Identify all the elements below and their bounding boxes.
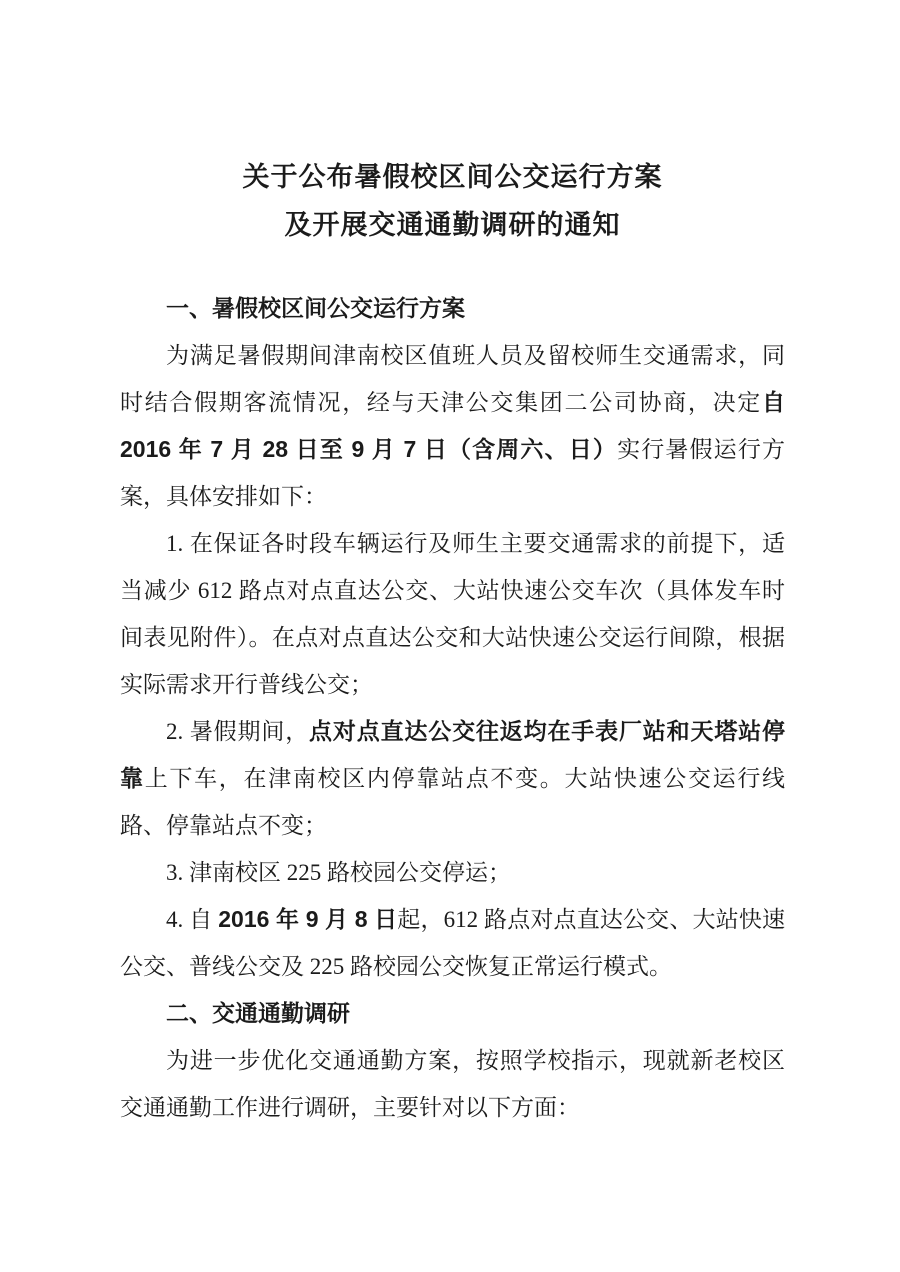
title-line-1: 关于公布暑假校区间公交运行方案	[120, 153, 785, 201]
list-item-4: 4. 自 2016 年 9 月 8 日起，612 路点对点直达公交、大站快速公交…	[120, 896, 785, 990]
list-item-2: 2. 暑假期间，点对点直达公交往返均在手表厂站和天塔站停靠上下车，在津南校区内停…	[120, 708, 785, 849]
text-run: 为满足暑假期间津南校区值班人员及留校师生交通需求，同时结合假期客流情况，经与天津…	[120, 343, 785, 415]
text-run: 1. 在保证各时段车辆运行及师生主要交通需求的前提下，适当减少 612 路点对点…	[120, 531, 785, 697]
document-page: 关于公布暑假校区间公交运行方案 及开展交通通勤调研的通知 一、暑假校区间公交运行…	[0, 0, 900, 1272]
text-run: 上下车，在津南校区内停靠站点不变。大站快速公交运行线路、停靠站点不变；	[120, 766, 785, 838]
list-item-3: 3. 津南校区 225 路校园公交停运；	[120, 849, 785, 896]
title-line-2: 及开展交通通勤调研的通知	[120, 201, 785, 249]
document-title: 关于公布暑假校区间公交运行方案 及开展交通通勤调研的通知	[120, 153, 785, 249]
list-item-1: 1. 在保证各时段车辆运行及师生主要交通需求的前提下，适当减少 612 路点对点…	[120, 520, 785, 708]
text-run: 为进一步优化交通通勤方案，按照学校指示，现就新老校区交通通勤工作进行调研，主要针…	[120, 1048, 785, 1120]
text-run-bold-date: 2016 年 9 月 8 日	[218, 906, 397, 932]
paragraph-survey: 为进一步优化交通通勤方案，按照学校指示，现就新老校区交通通勤工作进行调研，主要针…	[120, 1037, 785, 1131]
text-run: 4. 自	[166, 907, 218, 932]
paragraph-intro: 为满足暑假期间津南校区值班人员及留校师生交通需求，同时结合假期客流情况，经与天津…	[120, 332, 785, 520]
text-run: 3. 津南校区 225 路校园公交停运；	[166, 860, 511, 885]
section-1-heading: 一、暑假校区间公交运行方案	[120, 285, 785, 332]
text-run: 2. 暑假期间，	[166, 719, 309, 744]
section-2-heading: 二、交通通勤调研	[120, 990, 785, 1037]
